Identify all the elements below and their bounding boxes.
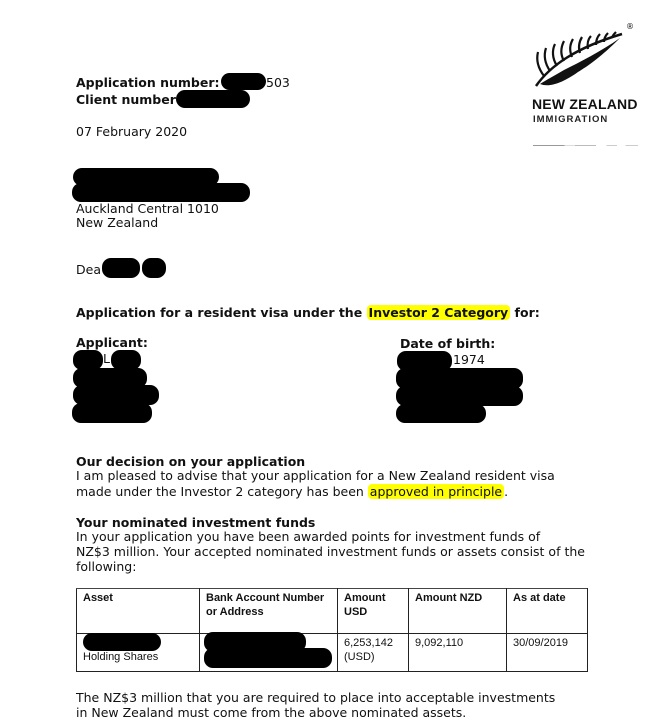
salutation: Dea <box>76 262 101 277</box>
approval-highlight: approved in principle <box>368 484 504 499</box>
decision-line-2-prefix: made under the Investor 2 category has b… <box>76 484 368 499</box>
closing-line-2: in New Zealand must come from the above … <box>76 705 466 720</box>
nz-immigration-logo: ® NEW ZEALAND IMMIGRATION <box>528 22 638 152</box>
redaction <box>83 633 161 651</box>
decision-line-1: I am pleased to advise that your applica… <box>76 468 555 483</box>
col-amount-usd: AmountUSD <box>338 589 409 634</box>
application-number-label: Application number: <box>76 75 220 90</box>
redaction <box>73 385 159 405</box>
col-amount-nzd: Amount NZD <box>409 589 507 634</box>
nominated-assets-table: Asset Bank Account Numberor Address Amou… <box>76 588 588 672</box>
subject-suffix: for: <box>510 305 540 320</box>
silver-fern-icon <box>530 26 626 92</box>
subject-line: Application for a resident visa under th… <box>76 305 540 320</box>
col-asset: Asset <box>77 589 200 634</box>
logo-brand: NEW ZEALAND <box>532 96 638 112</box>
cell-asset: Holding Shares <box>77 634 200 672</box>
funds-heading: Your nominated investment funds <box>76 515 315 530</box>
address-country: New Zealand <box>76 215 158 230</box>
redaction <box>111 350 141 370</box>
redaction <box>72 183 250 202</box>
redaction <box>396 404 486 423</box>
subject-prefix: Application for a resident visa under th… <box>76 305 367 320</box>
letter-date: 07 February 2020 <box>76 124 187 139</box>
cell-amount-nzd: 9,092,110 <box>409 634 507 672</box>
funds-line-2: NZ$3 million. Your accepted nominated in… <box>76 544 585 559</box>
cell-bank-account <box>200 634 338 672</box>
logo-divider <box>533 145 638 146</box>
col-as-at-date: As at date <box>507 589 588 634</box>
redaction <box>176 90 250 108</box>
applicant-fragment: L <box>103 351 110 366</box>
decision-line-2-suffix: . <box>504 484 508 499</box>
table-row: Holding Shares 6,253,142 (USD) 9,092,110… <box>77 634 588 672</box>
funds-line-1: In your application you have been awarde… <box>76 529 540 544</box>
table-header-row: Asset Bank Account Numberor Address Amou… <box>77 589 588 634</box>
decision-line-2: made under the Investor 2 category has b… <box>76 484 508 499</box>
redaction <box>221 73 266 90</box>
redaction <box>102 258 140 278</box>
funds-line-3: following: <box>76 559 136 574</box>
decision-heading: Our decision on your application <box>76 454 305 469</box>
redaction <box>204 648 332 668</box>
subject-highlight: Investor 2 Category <box>367 305 511 320</box>
redaction <box>142 258 166 278</box>
redaction <box>396 386 523 406</box>
registered-mark: ® <box>626 22 634 31</box>
col-bank-account: Bank Account Numberor Address <box>200 589 338 634</box>
dob-label: Date of birth: <box>400 336 495 351</box>
logo-subbrand: IMMIGRATION <box>533 114 608 125</box>
closing-line-1: The NZ$3 million that you are required t… <box>76 690 555 705</box>
dob-fragment: 1974 <box>453 352 485 367</box>
cell-as-at-date: 30/09/2019 <box>507 634 588 672</box>
client-number-label: Client number <box>76 92 176 107</box>
applicant-label: Applicant: <box>76 335 148 350</box>
application-number-suffix: 503 <box>266 75 290 90</box>
redaction <box>73 350 103 370</box>
cell-amount-usd: 6,253,142 (USD) <box>338 634 409 672</box>
redaction <box>72 403 152 423</box>
address-city: Auckland Central 1010 <box>76 201 219 216</box>
